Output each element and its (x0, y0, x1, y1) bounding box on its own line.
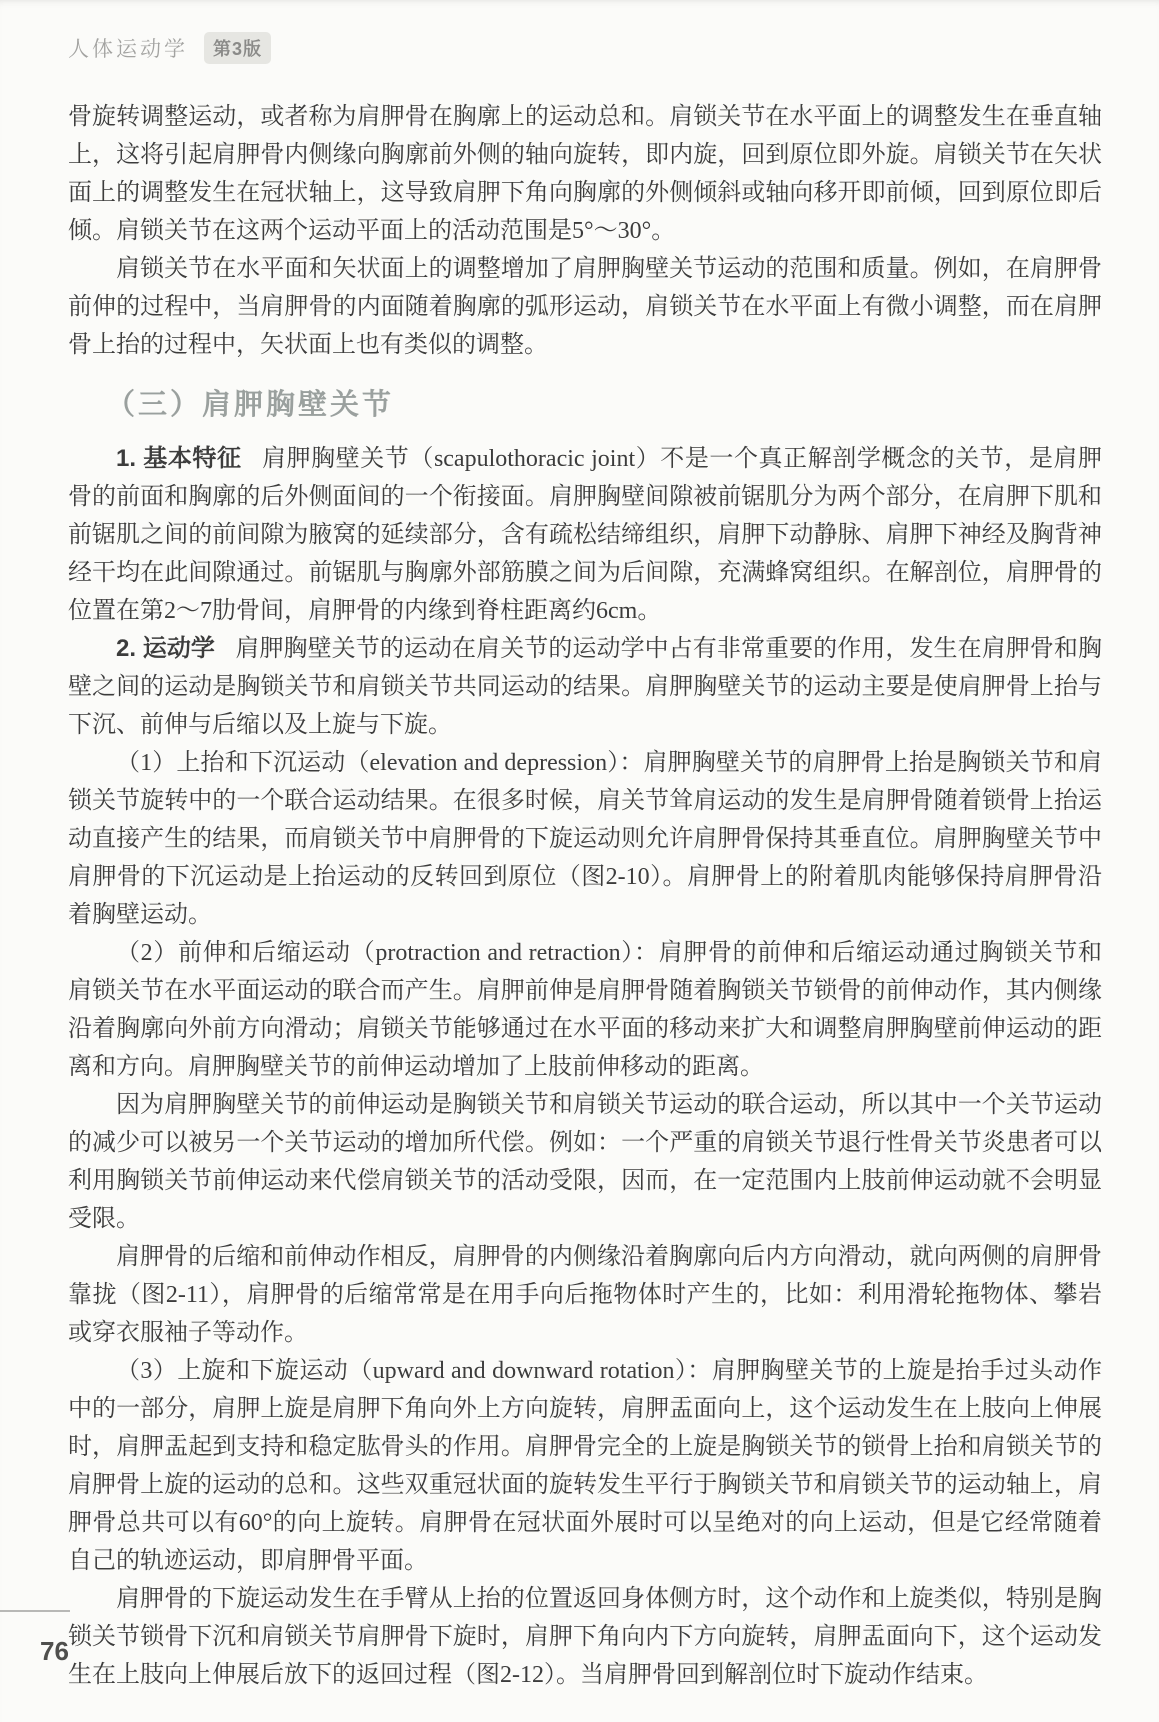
paragraph-compensation: 因为肩胛胸壁关节的前伸运动是胸锁关节和肩锁关节运动的联合运动，所以其中一个关节运… (68, 1086, 1102, 1238)
paragraph-elevation-depression: （1）上抬和下沉运动（elevation and depression）：肩胛胸… (68, 744, 1102, 934)
edition-badge: 第3版 (204, 32, 271, 64)
paragraph-protraction-retraction: （2）前伸和后缩运动（protraction and retraction）：肩… (68, 934, 1102, 1086)
paragraph-basic-features: 1. 基本特征肩胛胸壁关节（scapulothoracic joint）不是一个… (68, 440, 1102, 630)
page-header: 人体运动学 第3版 (68, 32, 271, 64)
footer-rule (0, 1610, 70, 1612)
book-page: 人体运动学 第3版 骨旋转调整运动，或者称为肩胛骨在胸廓上的运动总和。肩锁关节在… (0, 0, 1159, 1722)
paragraph-upward-downward-rotation: （3）上旋和下旋运动（upward and downward rotation）… (68, 1352, 1102, 1580)
paragraph-retraction-examples: 肩胛骨的后缩和前伸动作相反，肩胛骨的内侧缘沿着胸廓向后内方向滑动，就向两侧的肩胛… (68, 1238, 1102, 1352)
section-heading: （三）肩胛胸壁关节 (106, 386, 1102, 424)
paragraph-kinematics: 2. 运动学肩胛胸壁关节的运动在肩关节的运动学中占有非常重要的作用，发生在肩胛骨… (68, 630, 1102, 744)
book-title: 人体运动学 (68, 33, 188, 63)
paragraph-lead: 2. 运动学 (116, 635, 235, 662)
paragraph-text: 肩胛胸壁关节（scapulothoracic joint）不是一个真正解剖学概念… (68, 446, 1102, 624)
paragraph-downward-rotation: 肩胛骨的下旋运动发生在手臂从上抬的位置返回身体侧方时，这个动作和上旋类似，特别是… (68, 1580, 1102, 1694)
paragraph: 肩锁关节在水平面和矢状面上的调整增加了肩胛胸壁关节运动的范围和质量。例如，在肩胛… (68, 250, 1102, 364)
page-number: 76 (40, 1636, 69, 1667)
paragraph-lead: 1. 基本特征 (116, 445, 262, 472)
paragraph-continuation: 骨旋转调整运动，或者称为肩胛骨在胸廓上的运动总和。肩锁关节在水平面上的调整发生在… (68, 98, 1102, 250)
page-body: 骨旋转调整运动，或者称为肩胛骨在胸廓上的运动总和。肩锁关节在水平面上的调整发生在… (68, 98, 1102, 1694)
